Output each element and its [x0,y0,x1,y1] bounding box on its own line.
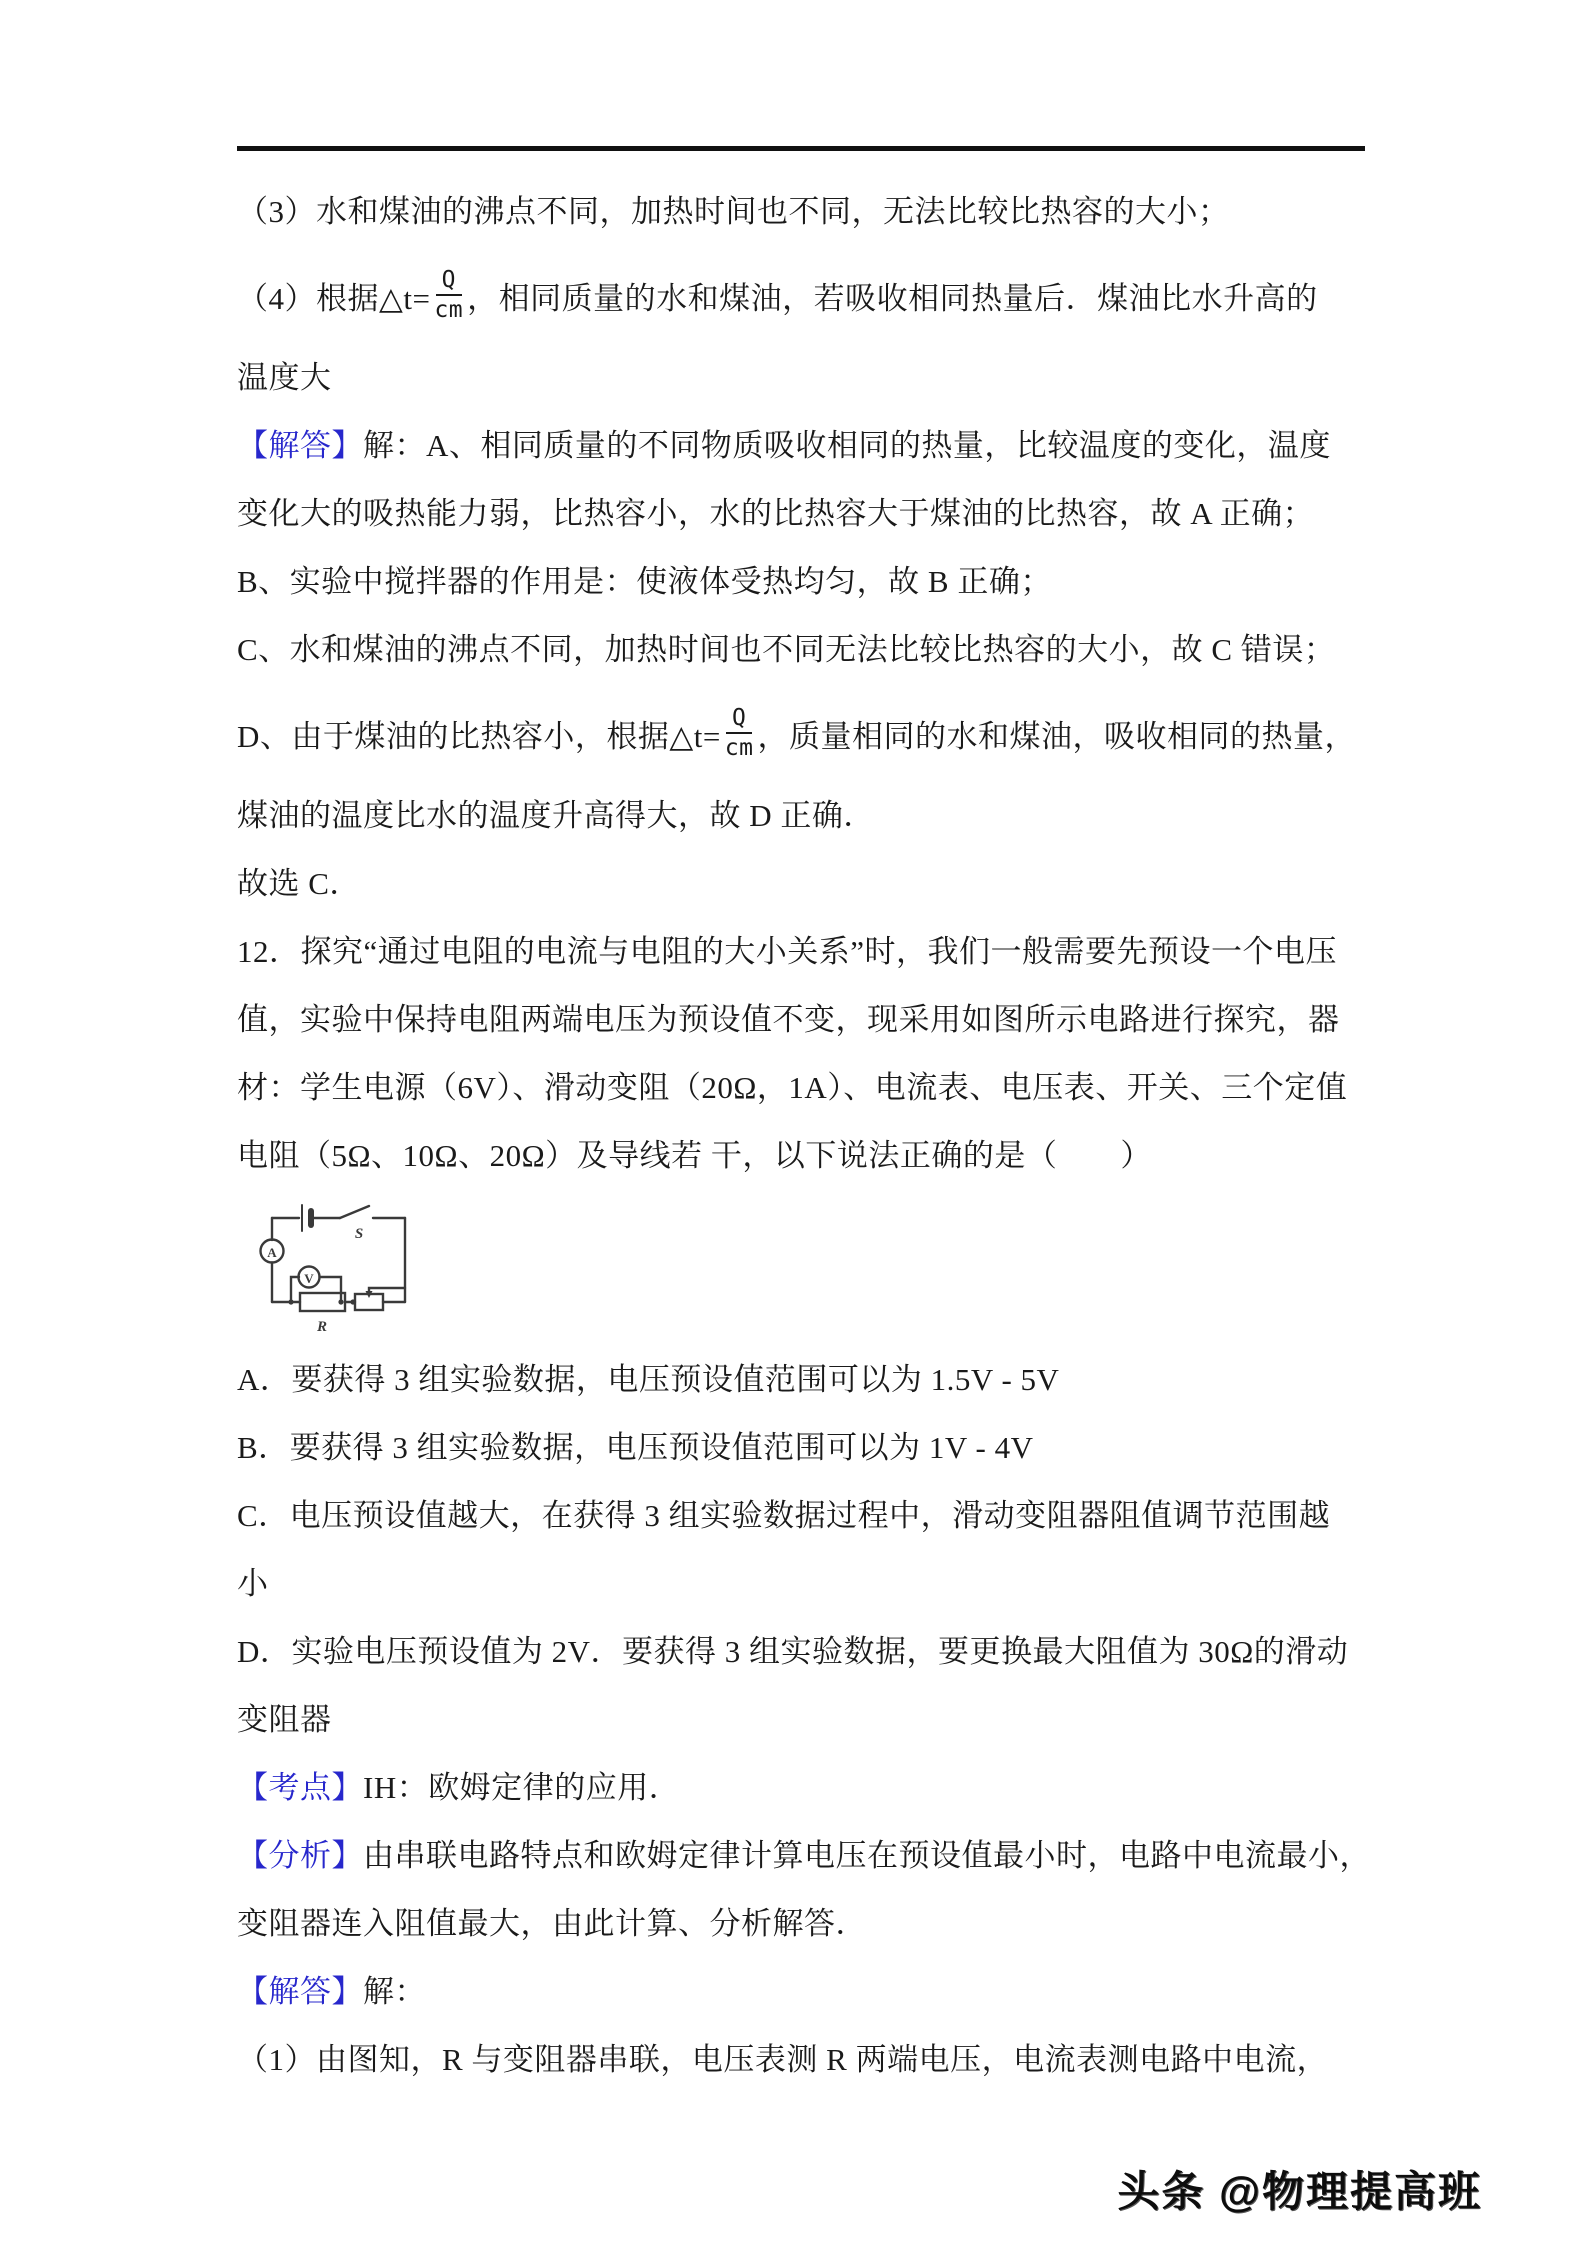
switch-blade [340,1206,369,1218]
q12-option-c-line: C．电压预设值越大，在获得 3 组实验数据过程中，滑动变阻器阻值调节范围越 [237,1482,1367,1550]
q11-point4-line: （4）根据△t= Q cm ，相同质量的水和煤油，若吸收相同热量后．煤油比水升高… [237,246,1367,344]
q12-jieda-line: 【解答】解： [237,1958,1367,2026]
q12-stem-line-2: 值，实验中保持电阻两端电压为预设值不变，现采用如图所示电路进行探究，器 [237,986,1367,1054]
q12-solution-line-1: （1）由图知，R 与变阻器串联，电压表测 R 两端电压，电流表测电路中电流， [237,2026,1367,2094]
fenxi-bracket-label: 【分析】 [237,1838,363,1873]
answer-bracket-label: 【解答】 [237,428,363,463]
circuit-diagram: A V S R [245,1198,417,1340]
resistor-label: R [316,1319,327,1335]
q11-answer-d-pre: D、由于煤油的比热容小，根据△t= [237,711,721,756]
q11-answer-intro: 解：A、相同质量的不同物质吸收相同的热量，比较温度的变化，温度 [363,428,1331,463]
q11-point4-pre: （4）根据△t= [237,273,430,318]
q12-stem-line-4: 电阻（5Ω、10Ω、20Ω）及导线若 干，以下说法正确的是（ ） [237,1122,1367,1190]
voltmeter-label: V [304,1271,314,1286]
watermark-toutiao: 头条 @物理提高班 [1117,2159,1482,2219]
jieda-bracket-label: 【解答】 [237,1974,363,2009]
fraction-numerator: Q [726,705,752,734]
q12-option-d-cont-line: 变阻器 [237,1686,1367,1754]
circuit-diagram-figure: A V S R [245,1198,1367,1340]
resistor-box [300,1293,345,1311]
q12-option-d-line: D．实验电压预设值为 2V．要获得 3 组实验数据，要更换最大阻值为 30Ω的滑… [237,1618,1367,1686]
ammeter-label: A [267,1245,277,1260]
switch-label: S [355,1226,363,1242]
voltmeter-wire-left [291,1277,299,1302]
kaodian-bracket-label: 【考点】 [237,1770,363,1805]
q11-point4-post: ，相同质量的水和煤油，若吸收相同热量后．煤油比水升高的 [467,273,1318,318]
q11-answer-a-cont-line: 变化大的吸热能力弱，比热容小，水的比热容大于煤油的比热容，故 A 正确； [237,480,1367,548]
fraction-q-over-cm: Q cm [434,267,463,324]
q11-conclusion-line: 故选 C． [237,850,1367,918]
q11-point4-cont-line: 温度大 [237,344,1367,412]
kaodian-text: IH：欧姆定律的应用． [363,1770,680,1805]
q11-point3-line: （3）水和煤油的沸点不同，加热时间也不同，无法比较比热容的大小； [237,178,1367,246]
rheostat-slider-wire [369,1288,405,1293]
q11-answer-b-line: B、实验中搅拌器的作用是：使液体受热均匀，故 B 正确； [237,548,1367,616]
fraction-q-over-cm: Q cm [725,705,754,762]
fenxi-text: 由串联电路特点和欧姆定律计算电压在预设值最小时，电路中电流最小， [363,1838,1371,1873]
fraction-numerator: Q [436,267,462,296]
jieda-text: 解： [363,1974,426,2009]
page-top-divider [237,146,1365,151]
fraction-denominator: cm [434,296,463,323]
q12-stem-line-1: 12．探究“通过电阻的电流与电阻的大小关系”时，我们一般需要先预设一个电压 [237,918,1367,986]
q12-option-b-line: B．要获得 3 组实验数据，电压预设值范围可以为 1V - 4V [237,1414,1367,1482]
q11-answer-d-cont-line: 煤油的温度比水的温度升高得大，故 D 正确． [237,782,1367,850]
fraction-denominator: cm [725,734,754,761]
q12-fenxi-line: 【分析】由串联电路特点和欧姆定律计算电压在预设值最小时，电路中电流最小， [237,1822,1367,1890]
voltmeter-wire-right [320,1277,342,1302]
q12-kaodian-line: 【考点】IH：欧姆定律的应用． [237,1754,1367,1822]
q11-answer-c-line: C、水和煤油的沸点不同，加热时间也不同无法比较比热容的大小，故 C 错误； [237,616,1367,684]
document-content: （3）水和煤油的沸点不同，加热时间也不同，无法比较比热容的大小； （4）根据△t… [237,178,1367,2094]
q12-option-a-line: A．要获得 3 组实验数据，电压预设值范围可以为 1.5V - 5V [237,1346,1367,1414]
q12-stem-line-3: 材：学生电源（6V）、滑动变阻（20Ω，1A）、电流表、电压表、开关、三个定值 [237,1054,1367,1122]
q11-answer-d-post: ，质量相同的水和煤油，吸收相同的热量， [758,711,1357,756]
q12-fenxi-cont-line: 变阻器连入阻值最大，由此计算、分析解答． [237,1890,1367,1958]
q11-answer-intro-line: 【解答】解：A、相同质量的不同物质吸收相同的热量，比较温度的变化，温度 [237,412,1367,480]
q11-answer-d-line: D、由于煤油的比热容小，根据△t= Q cm ，质量相同的水和煤油，吸收相同的热… [237,684,1367,782]
document-page: （3）水和煤油的沸点不同，加热时间也不同，无法比较比热容的大小； （4）根据△t… [0,0,1587,2245]
q12-option-c-cont-line: 小 [237,1550,1367,1618]
